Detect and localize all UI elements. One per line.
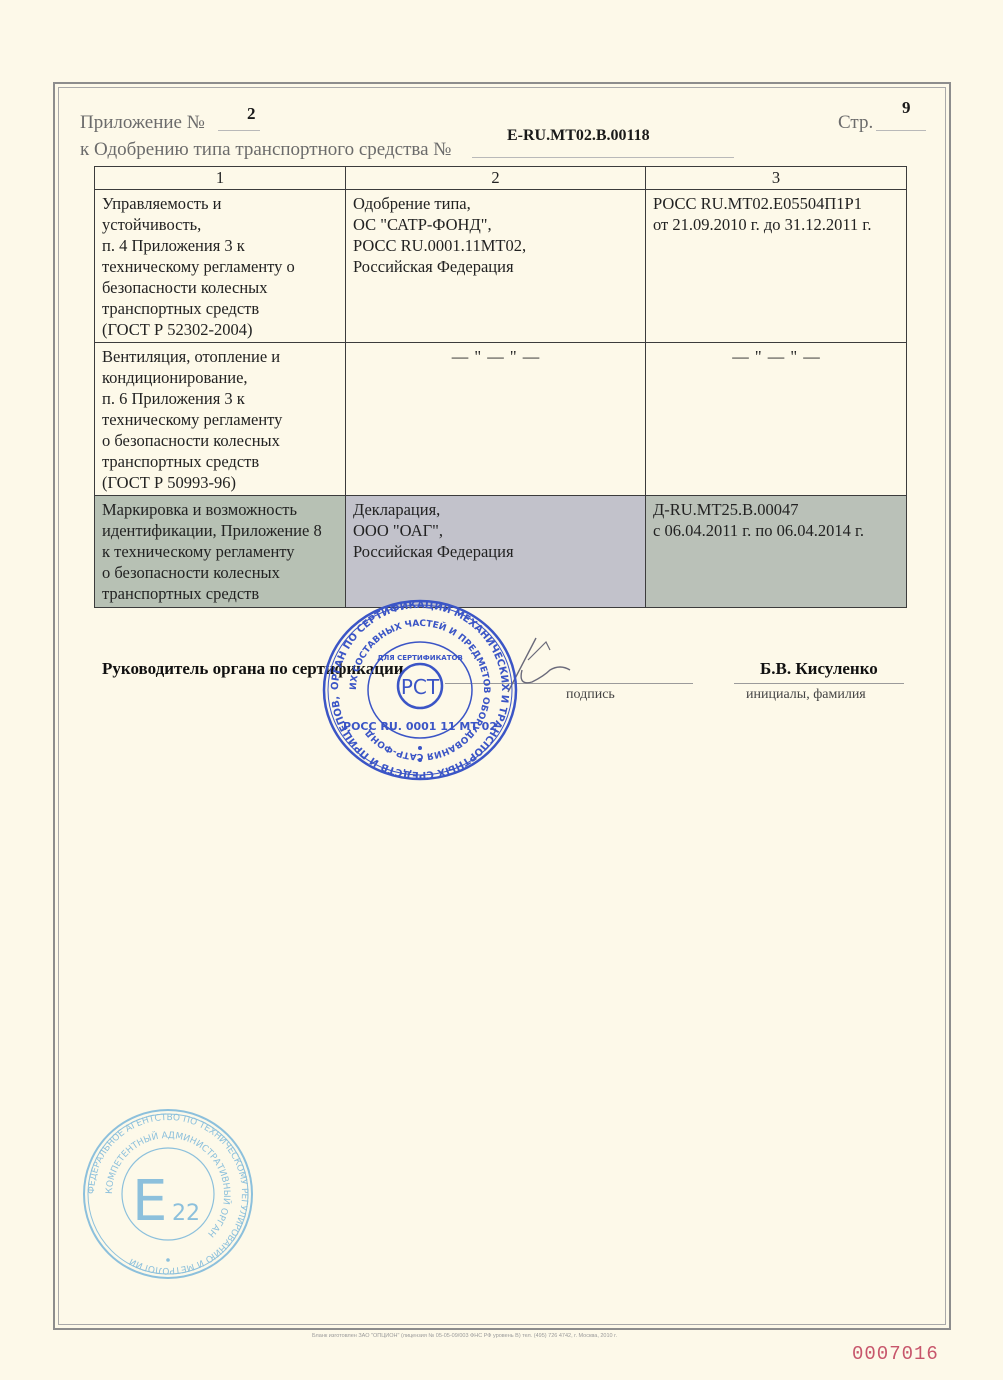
requirement-cell: Вентиляция, отопление и кондиционировани…: [95, 343, 346, 496]
table-row-highlighted: Маркировка и возможность идентификации, …: [95, 496, 907, 608]
svg-text:КОМПЕТЕНТНЫЙ АДМИНИСТРАТИВНЫЙ: КОМПЕТЕНТНЫЙ АДМИНИСТРАТИВНЫЙ ОРГАН: [105, 1130, 233, 1239]
e-mark: E: [132, 1169, 167, 1234]
document-number-cell: РОСС RU.МТ02.Е05504П1Р1 от 21.09.2010 г.…: [646, 190, 907, 343]
document-type-cell: Декларация, ООО "ОАГ", Российская Федера…: [346, 496, 646, 608]
column-header: 3: [646, 167, 907, 190]
ditto-mark-cell: — " — " —: [646, 343, 907, 496]
appendix-number: 2: [247, 104, 256, 124]
column-header: 1: [95, 167, 346, 190]
certificates-table: 1 2 3 Управляемость и устойчивость, п. 4…: [94, 166, 907, 608]
authority-stamp-e22: ФЕДЕРАЛЬНОЕ АГЕНТСТВО ПО ТЕХНИЧЕСКОМУ РЕ…: [82, 1108, 254, 1280]
appendix-number-underline: [218, 130, 260, 131]
svg-text:РОСС RU. 0001 11 МТ 02: РОСС RU. 0001 11 МТ 02: [343, 720, 497, 733]
approval-label: к Одобрению типа транспортного средства …: [80, 139, 451, 161]
name-caption: инициалы, фамилия: [746, 687, 866, 703]
signatory-name: Б.В. Кисуленко: [760, 659, 878, 679]
document-type-cell: Одобрение типа, ОС "САТР-ФОНД", РОСС RU.…: [346, 190, 646, 343]
ditto-mark-cell: — " — " —: [346, 343, 646, 496]
print-info: Бланк изготовлен ЗАО "ОПЦИОН" (лицензия …: [312, 1333, 617, 1339]
appendix-label: Приложение №: [80, 112, 205, 134]
requirement-cell: Управляемость и устойчивость, п. 4 Прило…: [95, 190, 346, 343]
document-number-cell: Д-RU.МТ25.В.00047 с 06.04.2011 г. по 06.…: [646, 496, 907, 608]
approval-number: E-RU.MT02.B.00118: [507, 127, 650, 145]
requirement-cell: Маркировка и возможность идентификации, …: [95, 496, 346, 608]
table-row: Вентиляция, отопление и кондиционировани…: [95, 343, 907, 496]
approval-number-underline: [472, 157, 734, 158]
page-label: Стр.: [838, 112, 873, 134]
serial-number: 0007016: [852, 1343, 939, 1365]
e-mark-number: 22: [172, 1201, 200, 1226]
table-row: Управляемость и устойчивость, п. 4 Прило…: [95, 190, 907, 343]
certification-stamp: ОРГАН ПО СЕРТИФИКАЦИИ МЕХАНИЧЕСКИХ И ТРА…: [320, 598, 520, 782]
svg-text:ДЛЯ СЕРТИФИКАТОВ: ДЛЯ СЕРТИФИКАТОВ: [377, 654, 463, 662]
name-line: [734, 683, 904, 684]
page-number: 9: [902, 98, 911, 118]
rst-logo: РСТ: [401, 675, 440, 699]
column-header: 2: [346, 167, 646, 190]
table-header-row: 1 2 3: [95, 167, 907, 190]
page-number-underline: [876, 130, 926, 131]
